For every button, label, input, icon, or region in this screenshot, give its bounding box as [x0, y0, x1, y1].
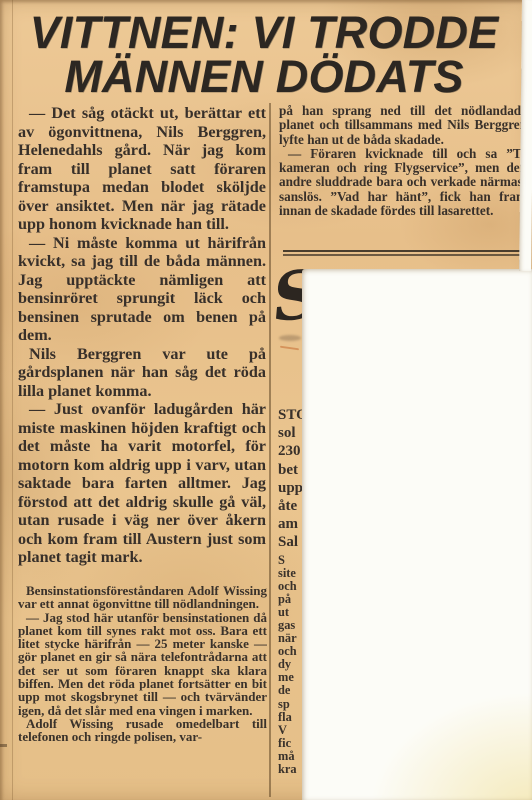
paragraph: — Jag stod här utanför bensinstationen d…	[18, 611, 267, 717]
paragraph: — Det såg otäckt ut, berättar ett av ögo…	[18, 104, 266, 234]
left-column: — Det såg otäckt ut, berättar ett av ögo…	[18, 104, 266, 586]
paragraph: — Ni måste komma ut härifrån kvickt, sa …	[18, 234, 266, 345]
paragraph: — Föraren kvicknade till och sa ”Ta kame…	[279, 147, 527, 218]
column-divider-rule	[269, 103, 271, 797]
paragraph: Adolf Wissing rusade omedelbart till tel…	[18, 717, 267, 744]
paragraph: Nils Berggren var ute på gårdsplanen när…	[18, 345, 266, 401]
newspaper-clipping: VITTNEN: VI TRODDE MÄNNEN DÖDATS — Det s…	[0, 0, 532, 800]
ink-smudge	[279, 335, 301, 341]
paper-right-edge-white	[519, 0, 532, 271]
paragraph: — Just ovanför ladugården här miste mask…	[18, 400, 266, 567]
right-column: på han sprang ned till det nödlandade pl…	[279, 104, 527, 250]
paragraph: Bensinstationsföreståndaren Adolf Wissin…	[18, 584, 267, 611]
paper-edge-mark	[0, 744, 7, 747]
headline-line-2: MÄNNEN DÖDATS	[8, 55, 520, 99]
paragraph: på han sprang ned till det nödlandade pl…	[279, 104, 527, 147]
left-margin-rule	[12, 0, 13, 800]
headline-line-1: VITTNEN: VI TRODDE	[8, 11, 520, 55]
left-column-small-text: Bensinstationsföreståndaren Adolf Wissin…	[18, 584, 267, 798]
article-headline: VITTNEN: VI TRODDE MÄNNEN DÖDATS	[8, 11, 520, 99]
torn-away-white-area	[302, 269, 532, 800]
section-divider-rule	[283, 250, 527, 256]
